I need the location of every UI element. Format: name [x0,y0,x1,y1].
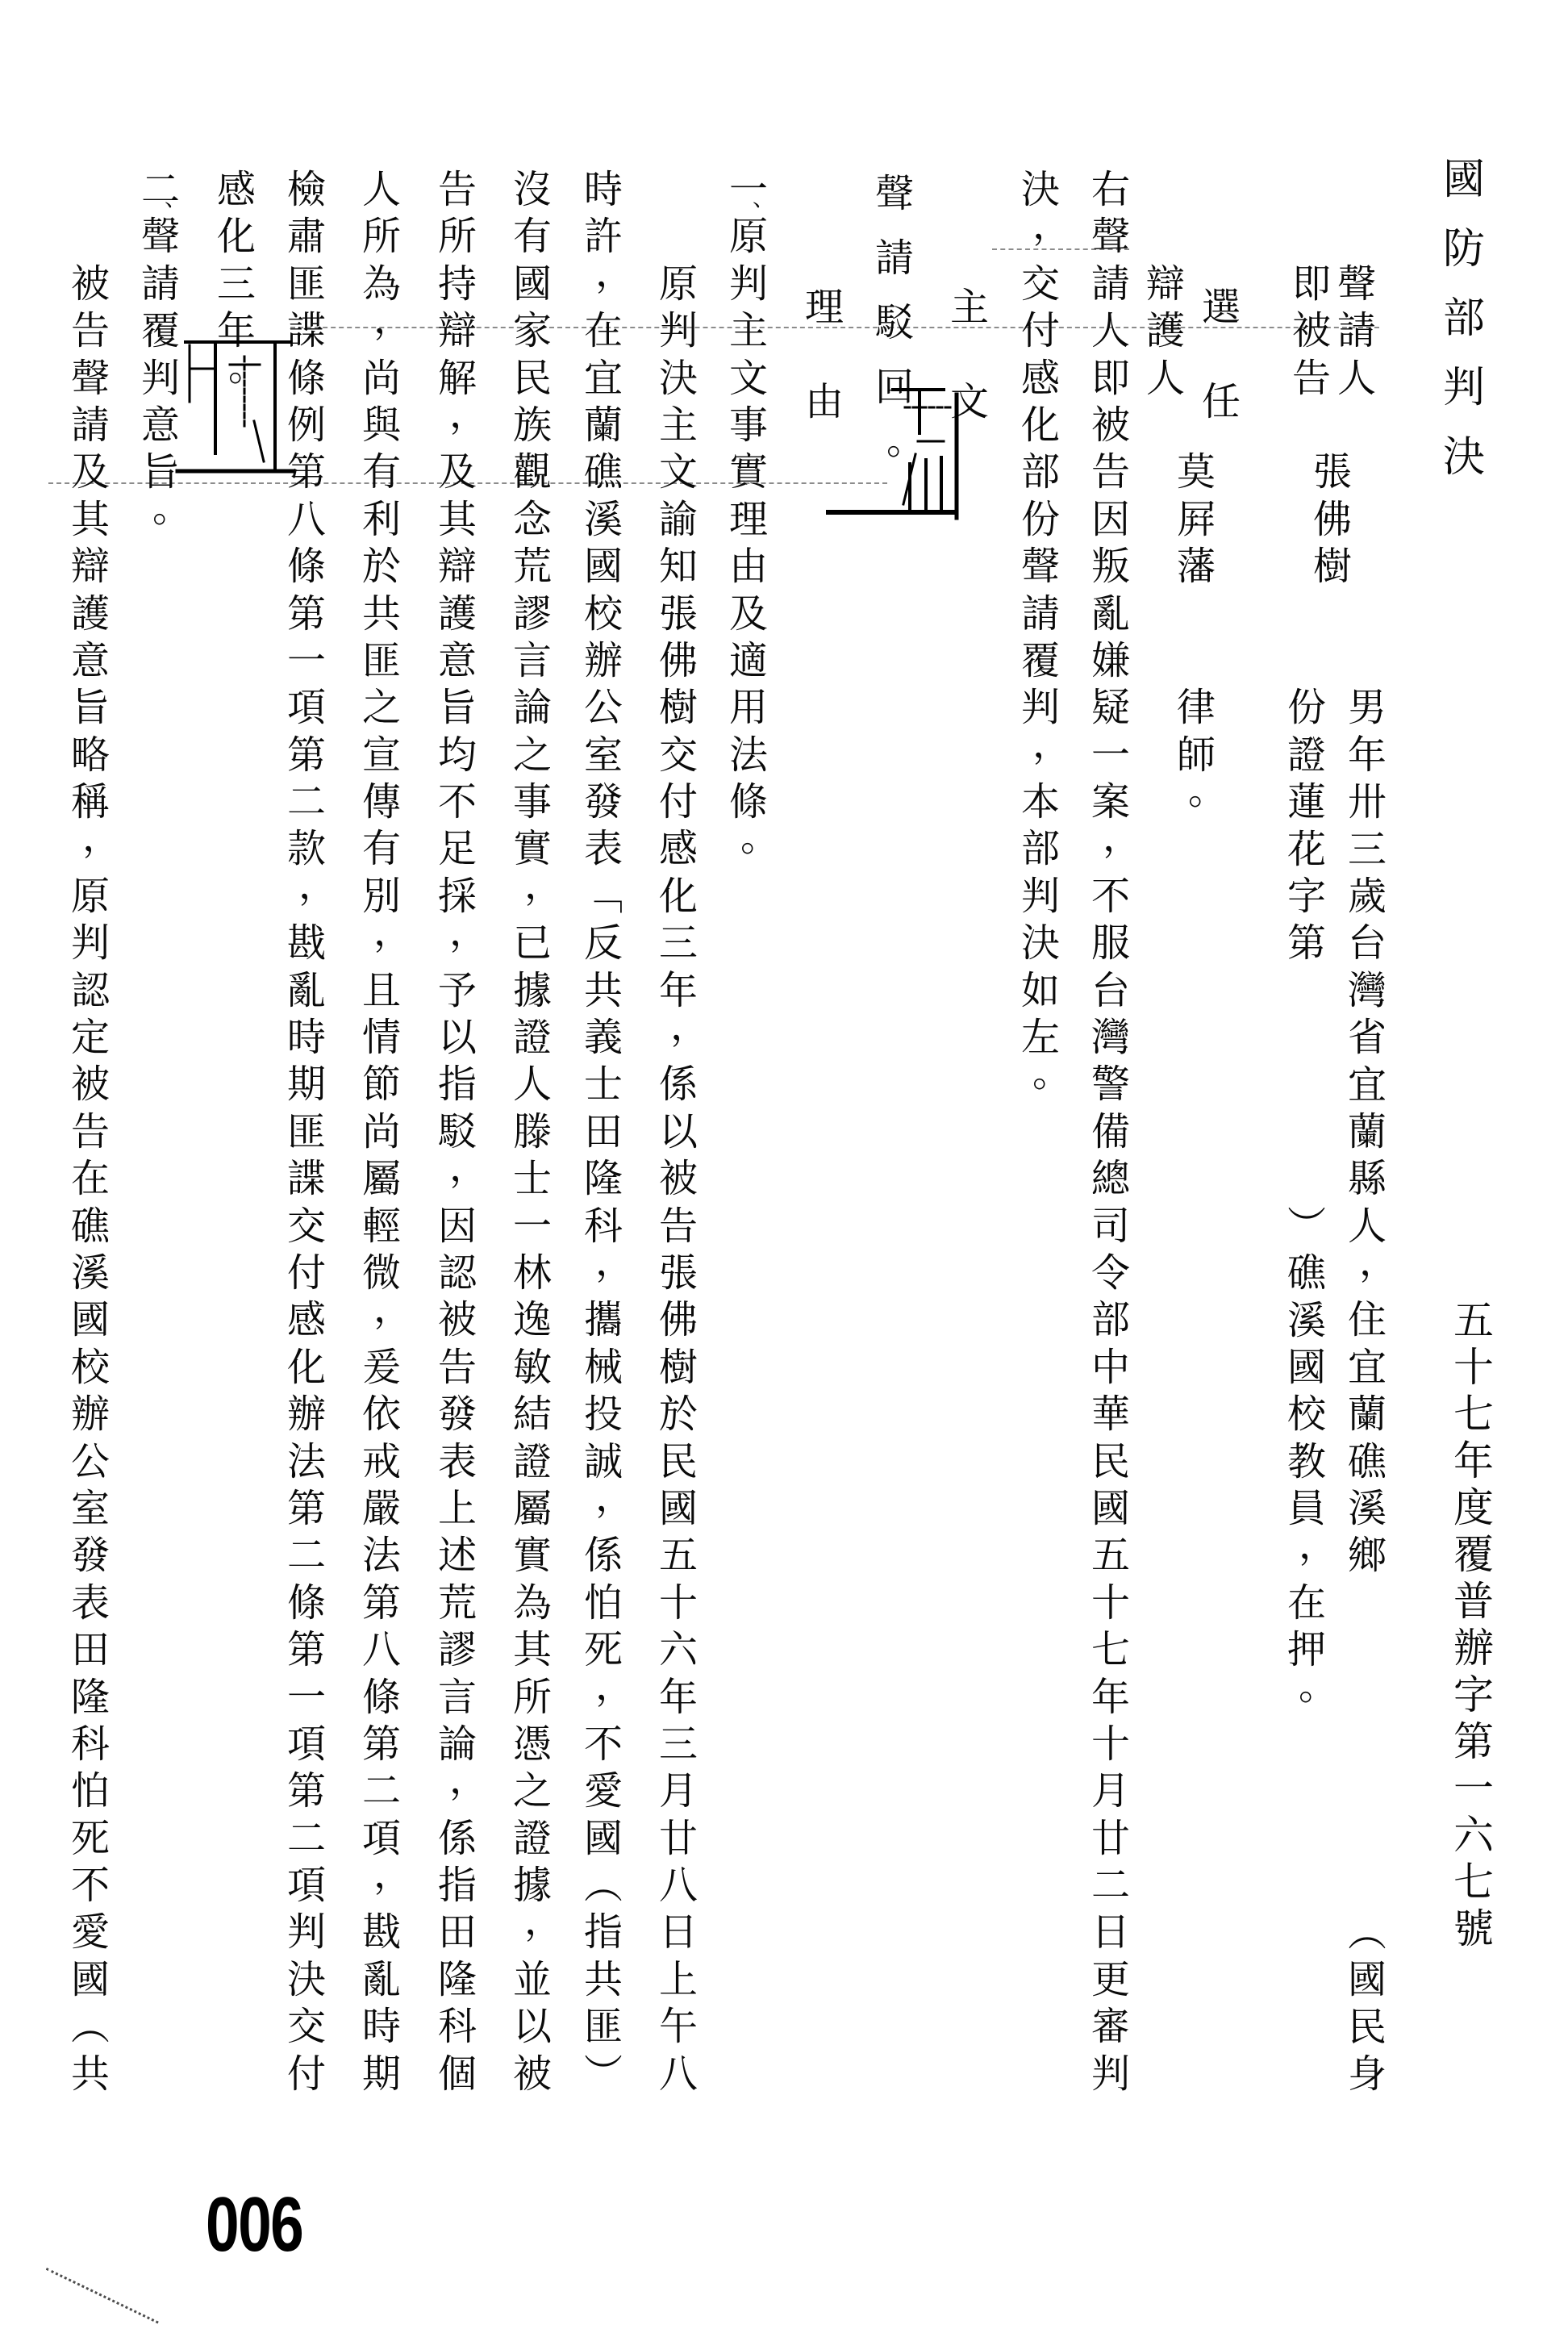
glyph: 發 [582,778,625,825]
glyph: 反 [582,920,625,966]
glyph: 不 [582,1721,625,1767]
glyph: 覆 [1452,1531,1495,1578]
glyph: 亂 [285,967,328,1014]
glyph: 所 [436,213,479,260]
glyph: ， [1100,814,1144,861]
glyph: 告 [1089,449,1132,495]
glyph: 聲 [1019,543,1062,590]
glyph: 室 [582,732,625,778]
glyph: 荒 [436,1580,479,1626]
section1-line: 人所為，尚與有利於共匪之宣傳有別，且情節尚屬輕微，爰依戒嚴法第八條第二項，戡亂時… [360,166,403,2097]
glyph: 為 [511,1580,554,1626]
glyph: 據 [511,967,554,1014]
glyph: 隆 [69,1674,112,1721]
scanned-judgment-page: 國防部判決 五十七年度覆普辦字第一六七號 聲請人 即被告 張佛樹 男年卅三歲台灣… [0,0,1568,2333]
glyph: 卅 [1345,778,1389,825]
glyph: 二 [285,1815,328,1862]
glyph: 國 [1441,145,1487,215]
glyph: 屬 [511,1485,554,1532]
glyph: 二 [360,1767,403,1814]
glyph: 敏 [511,1344,554,1391]
glyph: 第 [285,1767,328,1814]
glyph: 上 [436,1485,479,1532]
glyph: 之 [360,684,403,731]
glyph: 部 [1089,1296,1132,1343]
glyph: 即 [1290,261,1333,307]
glyph: 項 [285,684,328,731]
glyph: 均 [436,732,479,778]
glyph: 法 [285,1438,328,1485]
petitioner-id-series: 份證蓮花字第 [1285,684,1328,966]
glyph: 法 [360,1532,403,1579]
glyph: 辯 [1144,261,1187,307]
glyph: 護 [436,591,479,637]
glyph: 爰 [360,1344,403,1391]
glyph: 感 [1019,355,1062,402]
glyph: 尚 [360,355,403,402]
glyph: 省 [1345,1014,1389,1061]
glyph: 民 [1089,1438,1132,1485]
glyph: 尚 [360,1108,403,1155]
glyph: 理 [803,261,846,355]
glyph: 旨 [69,684,112,731]
glyph: 判 [69,920,112,966]
glyph: 選 [1199,261,1243,355]
glyph: 共 [582,967,625,1014]
glyph: 意 [69,637,112,684]
glyph: 交 [1019,261,1062,307]
glyph: 實 [727,449,770,495]
glyph: 匪 [285,261,328,307]
glyph: 檢 [285,166,328,213]
glyph: 一、 [727,166,770,213]
glyph: 時 [582,166,625,213]
glyph: 請 [873,226,916,290]
counsel-name: 莫屛藩 [1174,449,1218,590]
glyph: 認 [436,1250,479,1296]
glyph: 田 [69,1626,112,1673]
glyph: 怕 [582,1580,625,1626]
glyph: 十 [1452,1344,1495,1391]
glyph: 午 [657,2003,700,2050]
glyph: ， [1030,202,1074,248]
glyph: 並 [511,1956,554,2003]
glyph: 因 [436,1203,479,1250]
glyph: 第 [1285,920,1328,966]
glyph: 期 [360,2051,403,2097]
glyph: 被 [436,1296,479,1343]
glyph: 辯 [69,543,112,590]
glyph: 所 [360,213,403,260]
glyph: 被 [657,1155,700,1202]
glyph: 法 [727,732,770,778]
glyph: 莫 [1174,449,1218,495]
glyph: ， [371,1851,415,1897]
glyph: 及 [436,449,479,495]
glyph: 係 [582,1532,625,1579]
glyph: 付 [285,1250,328,1296]
glyph: 諭 [657,496,700,543]
glyph: 辦 [285,1391,328,1438]
glyph: 肅 [285,213,328,260]
glyph: 家 [511,307,554,354]
glyph: 個 [436,2051,479,2097]
glyph: 溪 [69,1250,112,1296]
glyph: 主 [657,402,700,449]
glyph: 之 [511,732,554,778]
glyph: 觀 [511,449,554,495]
glyph: 被 [69,1061,112,1108]
glyph: 言 [436,1674,479,1721]
glyph: 人 [511,1061,554,1108]
glyph: 愛 [582,1767,625,1814]
glyph: 一 [1452,1765,1495,1812]
glyph: 五 [1089,1532,1132,1579]
glyph: 普 [1452,1578,1495,1625]
preamble-line: 右聲請人即被告因叛亂嫌疑一案，不服台灣警備總司令部中華民國五十七年十月廿二日更審… [1089,166,1132,2097]
official-seal-stamp [173,332,298,482]
glyph: 判 [285,1909,328,1955]
glyph: 更 [1089,1956,1132,2003]
glyph: 廿 [657,1815,700,1862]
glyph: 共 [360,591,403,637]
glyph: 係 [436,1815,479,1862]
glyph: 主 [727,307,770,354]
glyph: 所 [511,1674,554,1721]
glyph: 。 [738,814,782,861]
glyph: 中 [1089,1344,1132,1391]
glyph: ﹁ [582,873,625,920]
glyph: 用 [727,684,770,731]
glyph: 述 [436,1532,479,1579]
glyph: 身 [1345,2051,1389,2097]
glyph: 六 [657,1626,700,1673]
glyph: 審 [1089,2003,1132,2050]
glyph: 嫌 [1089,637,1132,684]
glyph: 時 [285,1014,328,1061]
glyph: 依 [360,1391,403,1438]
glyph: ， [371,296,415,343]
glyph: 國 [1345,1956,1389,2003]
glyph: 發 [436,1391,479,1438]
glyph: 駁 [873,290,916,355]
glyph: 判 [1019,873,1062,920]
glyph: 被 [1290,307,1333,354]
glyph: 被 [1089,402,1132,449]
glyph: 任 [1199,355,1243,449]
glyph: 台 [1089,967,1132,1014]
glyph: 第 [285,591,328,637]
glyph: 戡 [360,1909,403,1955]
glyph: 投 [582,1391,625,1438]
glyph: 校 [582,591,625,637]
glyph: ， [593,249,636,296]
counsel-role-label: 選任 [1199,261,1243,449]
glyph: 護 [69,591,112,637]
glyph: 愛 [69,1909,112,1955]
petitioner-id-prefix: ︵國民身 [1345,1909,1389,2098]
glyph: 林 [511,1250,554,1296]
glyph: 判 [727,261,770,307]
glyph: 戡 [285,920,328,966]
glyph: 在 [582,307,625,354]
enumeration-comma: 、 [753,187,775,210]
glyph: 年 [1089,1674,1132,1721]
glyph: 民 [511,355,554,402]
glyph: 灣 [1345,967,1389,1014]
glyph: ， [593,1238,636,1285]
glyph: 以 [511,2003,554,2050]
glyph: 國 [69,1296,112,1343]
glyph: 第 [360,1721,403,1767]
section2-line: 被告聲請及其辯護意旨略稱，原判認定被告在礁溪國校辦公室發表田隆科怕死不愛國︵共 [69,261,112,2097]
glyph: 。 [1296,1663,1340,1709]
glyph: 國 [582,1815,625,1862]
glyph: 在 [1285,1580,1328,1626]
glyph: 字 [1285,873,1328,920]
glyph: 聲 [1089,213,1132,260]
glyph: 告 [436,1344,479,1391]
glyph: 條 [360,1674,403,1721]
glyph: 判 [657,307,700,354]
glyph: 叛 [1089,543,1132,590]
glyph: 二 [285,778,328,825]
glyph: 交 [285,2003,328,2050]
glyph: 七 [1089,1626,1132,1673]
glyph: 其 [511,1626,554,1673]
glyph: 係 [657,1061,700,1108]
glyph: 份 [1019,496,1062,543]
glyph: 逸 [511,1296,554,1343]
glyph: 條 [285,543,328,590]
glyph: 樹 [657,684,700,731]
glyph: 表 [582,825,625,872]
glyph: ︶ [582,2051,625,2097]
glyph: 隆 [436,1956,479,2003]
glyph: 論 [511,684,554,731]
glyph: 田 [582,1108,625,1155]
glyph: 八 [657,1862,700,1909]
glyph: 右 [1089,166,1132,213]
glyph: 五 [1452,1297,1495,1344]
glyph: 事 [727,402,770,449]
glyph: 七 [1452,1391,1495,1438]
glyph: 怕 [69,1767,112,1814]
glyph: 士 [511,1155,554,1202]
glyph: 事 [511,778,554,825]
glyph: 因 [1089,496,1132,543]
section1-line: 時許，在宜蘭礁溪國校辦公室發表﹁反共義士田隆科，攜械投誠，係怕死，不愛國︵指共匪… [582,166,625,2097]
glyph: 在 [69,1155,112,1202]
glyph: 。 [1186,767,1229,814]
glyph: 一 [285,637,328,684]
glyph: 辦 [582,637,625,684]
glyph: 樹 [1311,543,1354,590]
glyph: 荒 [511,543,554,590]
glyph: 略 [69,732,112,778]
glyph: 憑 [511,1721,554,1767]
enumeration-comma: 、 [165,187,187,210]
glyph: 國 [1089,1485,1132,1532]
glyph: 部 [1441,284,1487,353]
glyph: 宜 [582,355,625,402]
page-number: 006 [206,2186,302,2264]
glyph: 交 [285,1203,328,1250]
glyph: 原 [657,261,700,307]
glyph: 族 [511,402,554,449]
glyph: 之 [511,1767,554,1814]
glyph: 教 [1285,1438,1328,1485]
preamble-line: 決，交付感化部份聲請覆判，本部判決如左。 [1019,166,1062,1108]
glyph: 第 [285,1485,328,1532]
glyph: 第 [285,732,328,778]
glyph: 疑 [1089,684,1132,731]
glyph: 田 [436,1909,479,1955]
glyph: 隆 [582,1155,625,1202]
glyph: 校 [69,1344,112,1391]
glyph: 國 [657,1485,700,1532]
glyph: 二、 [139,166,182,213]
glyph: 匪 [285,1108,328,1155]
glyph: 情 [360,1014,403,1061]
glyph: 佛 [657,637,700,684]
glyph: 告 [436,166,479,213]
glyph: 蘭 [1345,1108,1389,1155]
glyph: ︶ [1285,1203,1328,1250]
glyph: 諜 [285,1155,328,1202]
glyph: 判 [1441,353,1487,423]
glyph: 室 [69,1485,112,1532]
glyph: 年 [657,1674,700,1721]
glyph: 其 [436,496,479,543]
glyph: 溪 [1345,1485,1389,1532]
seal-stamp-icon [173,332,298,482]
glyph: 張 [1311,449,1354,495]
glyph: ︵ [582,1862,625,1909]
glyph: 有 [511,213,554,260]
glyph: 三 [215,261,258,307]
glyph: 國 [69,1956,112,2003]
glyph: 輕 [360,1203,403,1250]
glyph: 不 [69,1862,112,1909]
glyph: 花 [1285,826,1328,873]
glyph: 決 [657,355,700,402]
glyph: ， [371,1285,415,1332]
glyph: 三 [657,920,700,966]
glyph: 歲 [1345,873,1389,920]
glyph: 十 [657,1580,700,1626]
scan-artifact-scratch [46,2268,159,2323]
glyph: 文 [657,449,700,495]
glyph: 礁 [582,449,625,495]
glyph: 指 [436,1862,479,1909]
glyph: 表 [69,1580,112,1626]
glyph: 告 [69,307,112,354]
glyph: 樹 [657,1344,700,1391]
glyph: 民 [657,1438,700,1485]
glyph: 服 [1089,920,1132,966]
glyph: 人 [360,166,403,213]
glyph: 戒 [360,1438,403,1485]
glyph: 鄉 [1345,1532,1389,1579]
glyph: 總 [1089,1155,1132,1202]
glyph: 共 [582,1956,625,2003]
glyph: 礁 [1345,1438,1389,1485]
glyph: 五 [657,1532,700,1579]
glyph: 蘭 [1345,1391,1389,1438]
glyph: ， [593,1663,636,1709]
glyph: 蘭 [582,402,625,449]
glyph: 於 [657,1391,700,1438]
glyph: 校 [1285,1391,1328,1438]
glyph: 謬 [436,1626,479,1673]
glyph: 條 [285,1580,328,1626]
glyph: 八 [657,2051,700,2097]
glyph: 決 [1019,920,1062,966]
glyph: 三 [657,1721,700,1767]
glyph: 指 [582,1909,625,1955]
glyph: 人 [1089,307,1132,354]
glyph: 由 [727,543,770,590]
petitioner-occupation: ︶礁溪國校教員，在押。 [1285,1203,1328,1721]
glyph: 適 [727,637,770,684]
glyph: 主 [948,261,991,355]
glyph: 藩 [1174,543,1218,590]
glyph: 予 [436,967,479,1014]
glyph: 死 [69,1815,112,1862]
glyph: 一 [511,1203,554,1250]
glyph: ， [1296,1521,1340,1568]
case-number: 五十七年度覆普辦字第一六七號 [1452,1297,1495,1952]
glyph: 原 [727,213,770,260]
glyph: 。 [150,485,194,532]
glyph: 人 [1335,355,1378,402]
glyph: 聲 [873,161,916,226]
glyph: 請 [1019,591,1062,637]
glyph: 共 [69,2051,112,2097]
glyph: 化 [657,873,700,920]
glyph: ， [296,862,340,908]
glyph: 定 [69,1014,112,1061]
glyph: 男 [1345,684,1389,731]
glyph: 匪 [582,2003,625,2050]
glyph: 告 [69,1108,112,1155]
glyph: 護 [1144,307,1187,354]
glyph: 及 [69,449,112,495]
glyph: 已 [511,920,554,966]
glyph: 請 [69,402,112,449]
petitioner-details: 男年卅三歲台灣省宜蘭縣人，住宜蘭礁溪鄉 [1345,684,1389,1579]
glyph: 嚴 [360,1485,403,1532]
glyph: 聲 [139,213,182,260]
glyph: 上 [657,1956,700,2003]
glyph: 證 [511,1014,554,1061]
glyph: 科 [436,2003,479,2050]
glyph: 一 [285,1674,328,1721]
glyph: 滕 [511,1108,554,1155]
glyph: 縣 [1345,1155,1389,1202]
glyph: 國 [1285,1344,1328,1391]
glyph: 第 [1452,1718,1495,1765]
glyph: 七 [1452,1859,1495,1905]
glyph: 且 [360,967,403,1014]
glyph: 節 [360,1061,403,1108]
glyph: 化 [285,1344,328,1391]
reasons-heading: 理由 [803,261,846,449]
glyph: 時 [360,2003,403,2050]
glyph: 證 [1285,732,1328,778]
glyph: 廿 [1089,1815,1132,1862]
